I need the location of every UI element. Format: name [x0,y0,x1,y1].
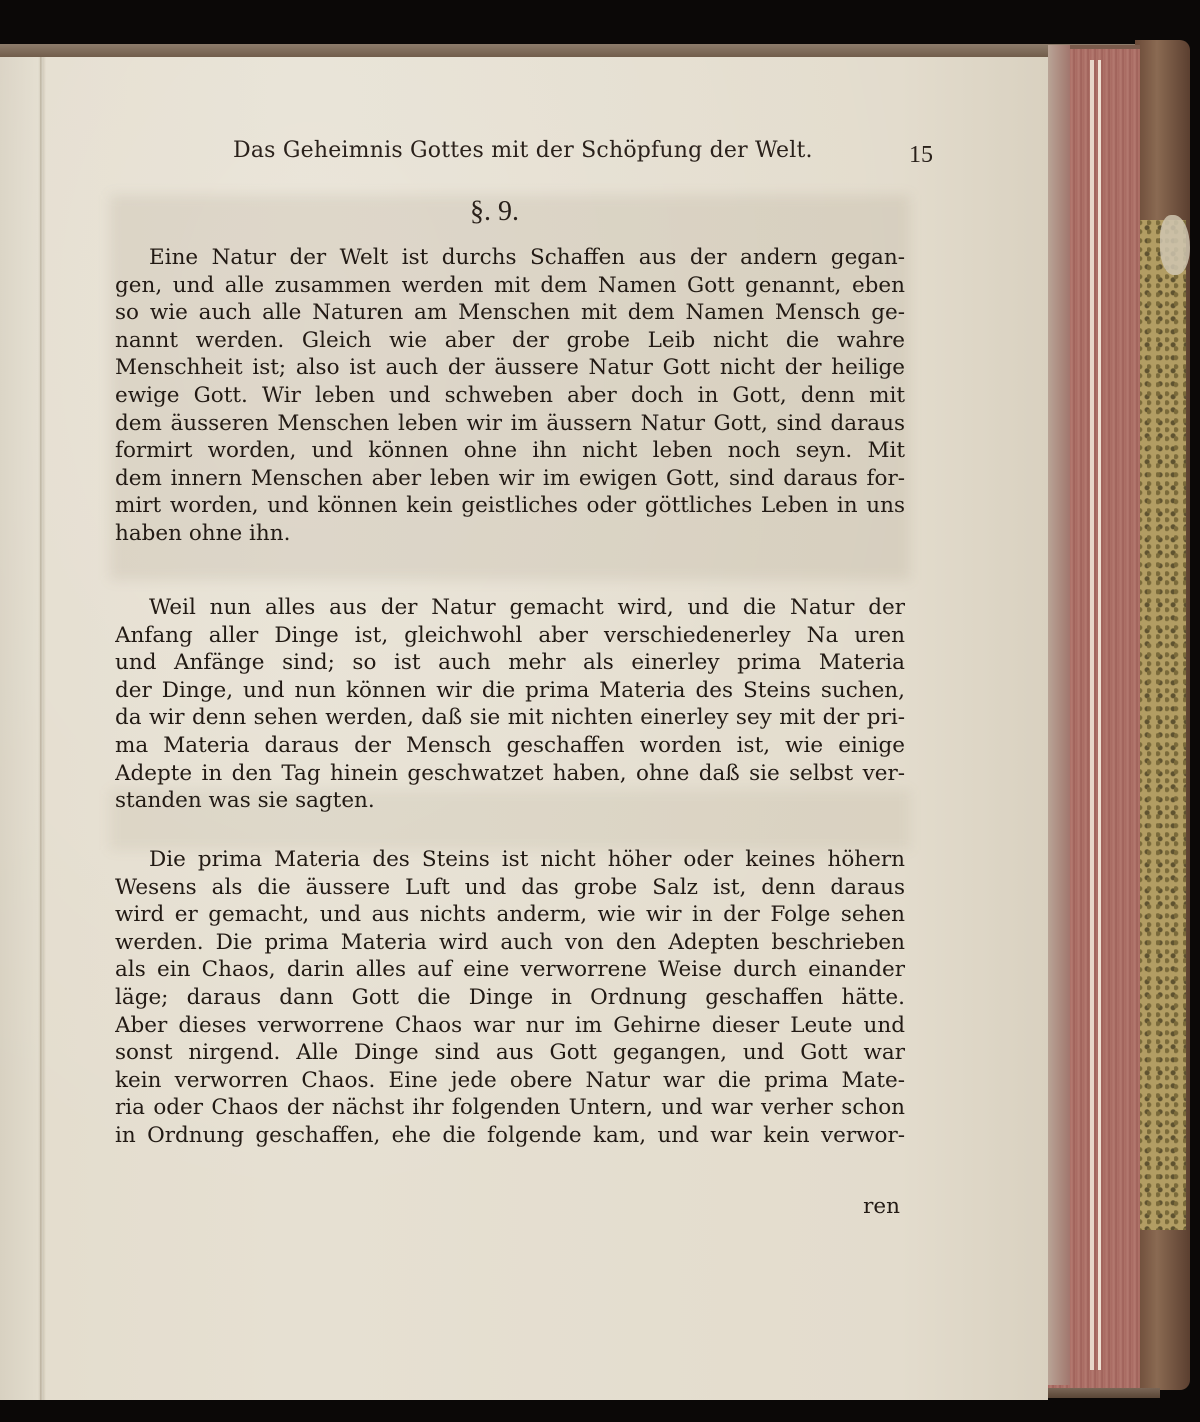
text-line: Menschheit ist; also ist auch der äusser… [115,354,905,382]
text-line: und Anfänge sind; so ist auch mehr als e… [115,649,905,677]
marbled-board [1138,220,1186,1230]
text-line: ewige Gott. Wir leben und schweben aber … [115,382,905,410]
text-line: formirt worden, und können ohne ihn nich… [115,437,905,465]
paragraph-1: Eine Natur der Welt ist durchs Schaffen … [115,244,905,548]
text-line: der Dinge, und nun können wir die prima … [115,677,905,705]
text-line: sonst nirgend. Alle Dinge sind aus Gott … [115,1039,905,1067]
text-line: in Ordnung geschaffen, ehe die folgende … [115,1122,905,1150]
page-edge-highlight [1090,60,1094,1370]
text-line: Weil nun alles aus der Natur gemacht wir… [115,594,905,622]
text-line: dem äusseren Menschen leben wir im äusse… [115,410,905,438]
text-line: Anfang aller Dinge ist, gleichwohl aber … [115,622,905,650]
page-header: Das Geheimnis Gottes mit der Schöpfung d… [233,138,933,178]
text-line: da wir denn sehen werden, daß sie mit ni… [115,704,905,732]
text-line: nannt werden. Gleich wie aber der grobe … [115,327,905,355]
page-gutter [40,57,43,1400]
text-line: Die prima Materia des Steins ist nicht h… [115,846,905,874]
text-line: werden. Die prima Materia wird auch von … [115,929,905,957]
text-line: ria oder Chaos der nächst ihr folgenden … [115,1094,905,1122]
text-line: Adepte in den Tag hinein geschwatzet hab… [115,760,905,788]
page-edge-highlight [1098,60,1101,1370]
text-line: standen was sie sagten. [115,787,905,815]
text-line: kein verworren Chaos. Eine jede obere Na… [115,1067,905,1095]
text-line: so wie auch alle Naturen am Menschen mit… [115,299,905,327]
catchword: ren [863,1194,900,1219]
text-line: ma Materia daraus der Mensch geschaffen … [115,732,905,760]
text-line: dem innern Menschen aber leben wir im ew… [115,465,905,493]
paragraph-3: Die prima Materia des Steins ist nicht h… [115,846,905,1150]
text-line: Eine Natur der Welt ist durchs Schaffen … [115,244,905,272]
text-line: wird er gemacht, und aus nichts anderm, … [115,901,905,929]
book-top-board [0,44,1160,58]
section-heading: §. 9. [470,196,519,228]
running-head: Das Geheimnis Gottes mit der Schöpfung d… [233,138,813,163]
text-line: läge; daraus dann Gott die Dinge in Ordn… [115,984,905,1012]
page-edge-inner [1048,45,1070,1385]
text-line: gen, und alle zusammen werden mit dem Na… [115,272,905,300]
text-line: haben ohne ihn. [115,520,905,548]
text-line: als ein Chaos, darin alles auf eine verw… [115,956,905,984]
text-line: Wesens als die äussere Luft und das grob… [115,874,905,902]
text-line: Aber dieses verworrene Chaos war nur im … [115,1012,905,1040]
text-line: mirt worden, und können kein geistliches… [115,492,905,520]
page-number: 15 [909,142,933,169]
paragraph-2: Weil nun alles aus der Natur gemacht wir… [115,594,905,815]
